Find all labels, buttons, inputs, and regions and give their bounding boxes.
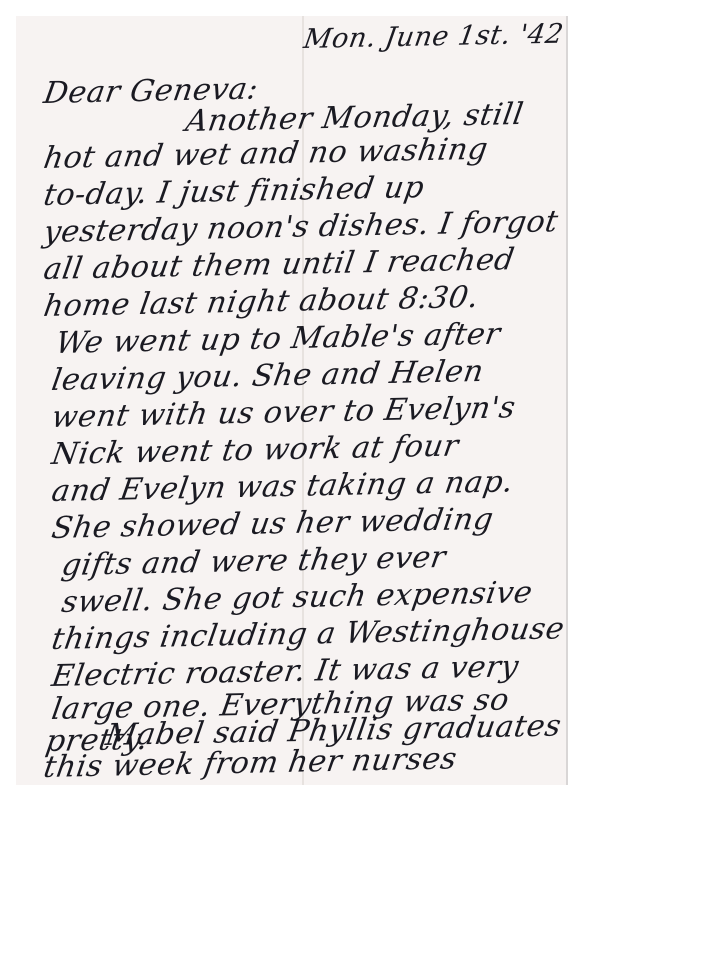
letter-line: this week from her nurses [41, 741, 459, 785]
letter-date: Mon. June 1st. '42 [302, 19, 566, 55]
letter-line: She showed us her wedding [49, 502, 496, 546]
letter-line: home last night about 8:30. [41, 280, 481, 324]
letter-line: to-day. I just finished up [41, 170, 426, 213]
letter-line: Nick went to work at four [49, 429, 461, 472]
letter-line: gifts and were they ever [59, 540, 448, 583]
letter-page: Mon. June 1st. '42 Dear Geneva: Another … [16, 16, 568, 785]
